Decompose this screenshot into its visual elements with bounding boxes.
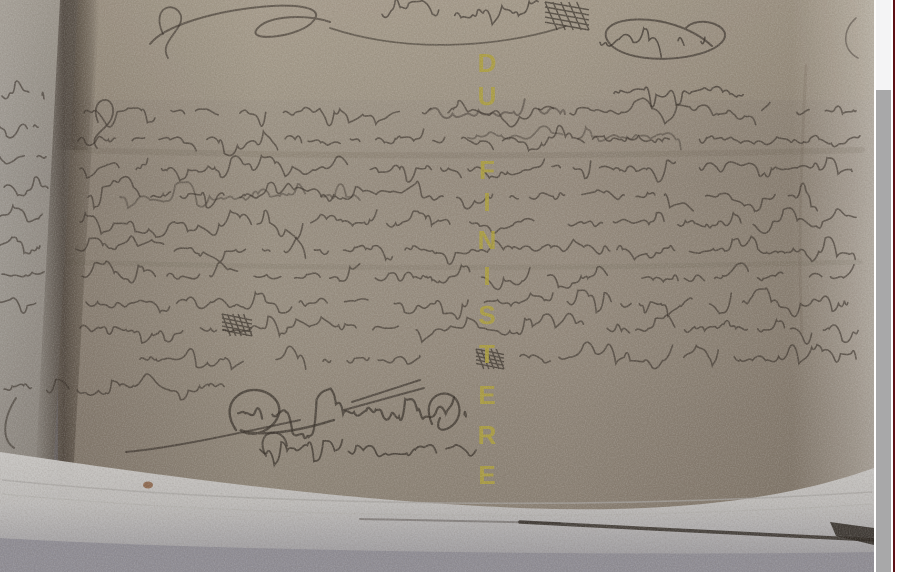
manuscript-photo[interactable]: DUFINISTERE [0, 0, 874, 572]
archive-viewer-screen: DUFINISTERE [0, 0, 898, 572]
scrollbar-thumb[interactable] [876, 90, 891, 572]
manuscript-photo-canvas: DUFINISTERE [0, 0, 874, 572]
frame-border [893, 0, 895, 572]
viewer-right-rail [874, 0, 898, 572]
photo-grain [0, 0, 874, 572]
